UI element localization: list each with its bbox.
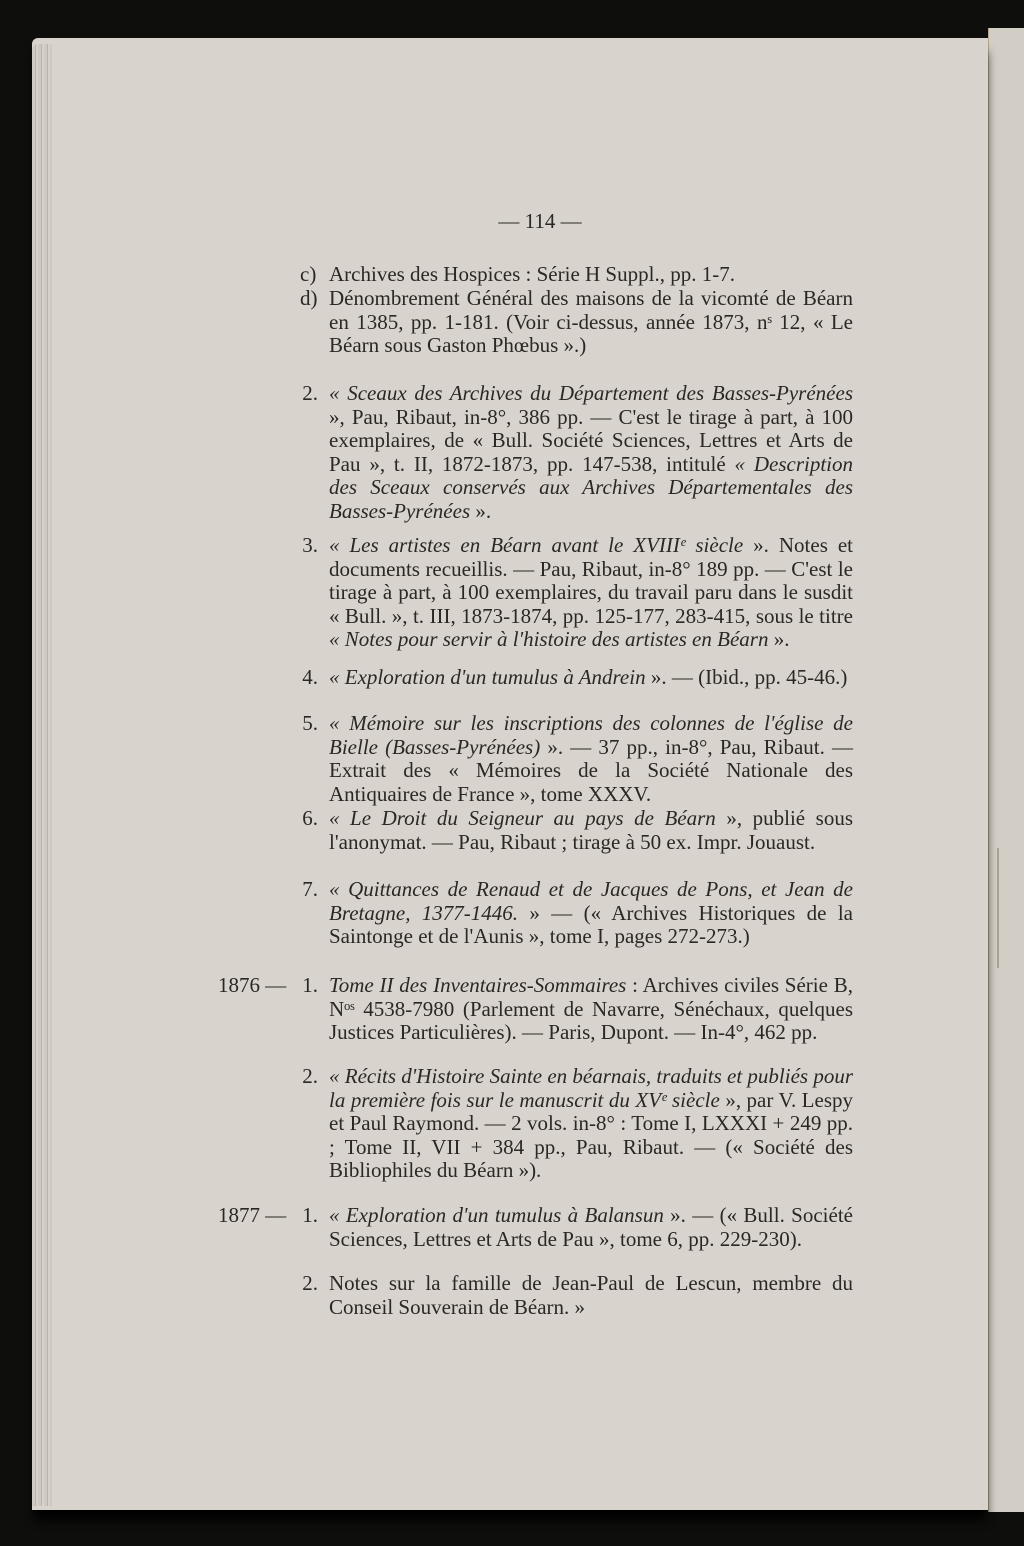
item-title: « Le Droit du Seigneur au pays de Béarn <box>329 806 716 830</box>
list-item: Dénombrement Général des maisons de la v… <box>329 287 853 358</box>
list-item: « Quittances de Renaud et de Jacques de … <box>329 878 853 949</box>
item-text: Dénombrement Général des maisons de la v… <box>329 286 853 357</box>
page-crease <box>997 848 999 968</box>
page-stack-edges <box>32 44 52 1506</box>
item-title: « Exploration d'un tumulus à Balansun <box>329 1203 664 1227</box>
item-title: « Notes pour servir à l'histoire des art… <box>329 627 768 651</box>
list-item: Archives des Hospices : Série H Suppl., … <box>329 263 853 287</box>
list-item: « Le Droit du Seigneur au pays de Béarn … <box>329 807 853 854</box>
item-number: 1. <box>258 974 318 998</box>
item-title: « Exploration d'un tumulus à Andrein <box>329 665 646 689</box>
item-number: 2. <box>258 1272 318 1296</box>
item-number: 2. <box>258 1065 318 1089</box>
page-number: — 114 — <box>470 209 610 234</box>
item-text: ». — (Ibid., pp. 45-46.) <box>646 665 848 689</box>
list-item: « Sceaux des Archives du Département des… <box>329 382 853 523</box>
item-number: 3. <box>258 534 318 558</box>
item-text: Notes sur la famille de Jean-Paul de Les… <box>329 1271 853 1319</box>
item-title: Tome II des Inventaires-Sommaires <box>329 973 626 997</box>
list-item: « Récits d'Histoire Sainte en béarnais, … <box>329 1065 853 1183</box>
item-text: Archives des Hospices : Série H Suppl., … <box>329 262 735 286</box>
list-item: « Mémoire sur les inscriptions des colon… <box>329 712 853 806</box>
item-number: 7. <box>258 878 318 902</box>
item-number: 6. <box>258 807 318 831</box>
list-item: « Exploration d'un tumulus à Andrein ». … <box>329 666 853 690</box>
list-item: Notes sur la famille de Jean-Paul de Les… <box>329 1272 853 1319</box>
item-title: « Sceaux des Archives du Département des… <box>329 381 853 405</box>
item-text: ». <box>470 499 491 523</box>
list-item: « Les artistes en Béarn avant le XVIIIᵉ … <box>329 534 853 652</box>
facing-page-edge <box>988 28 1024 1512</box>
item-number: 4. <box>258 666 318 690</box>
item-title: « Les artistes en Béarn avant le XVIIIᵉ … <box>329 533 743 557</box>
list-item: Tome II des Inventaires-Sommaires : Arch… <box>329 974 853 1045</box>
item-number: 5. <box>258 712 318 736</box>
list-item: « Exploration d'un tumulus à Balansun ».… <box>329 1204 853 1251</box>
item-text: ». <box>768 627 789 651</box>
item-number: 1. <box>258 1204 318 1228</box>
item-number: 2. <box>258 382 318 406</box>
